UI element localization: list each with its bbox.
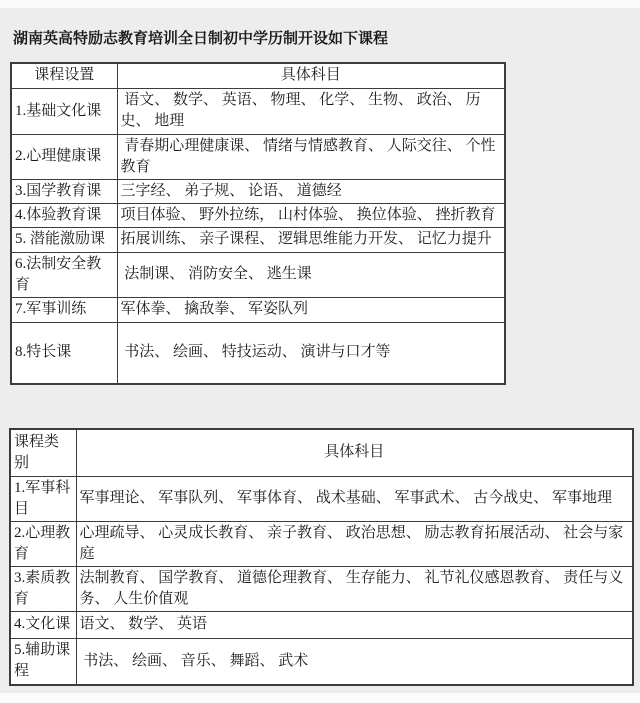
course-subjects-cell: 语文、 数学、 英语	[76, 611, 633, 638]
course-category-cell: 3.国学教育课	[11, 179, 117, 203]
course-category-table: 课程类别 具体科目 1.军事科目军事理论、 军事队列、 军事体育、 战术基础、 …	[9, 428, 634, 686]
course-category-cell: 4.体验教育课	[11, 203, 117, 227]
table-row: 4.体验教育课项目体验、 野外拉练， 山村体验、 换位体验、 挫折教育	[11, 203, 505, 227]
column-header-subjects: 具体科目	[117, 63, 505, 88]
course-category-table-body: 1.军事科目军事理论、 军事队列、 军事体育、 战术基础、 军事武术、 古今战史…	[10, 476, 633, 685]
course-category-cell: 1.军事科目	[10, 476, 76, 521]
course-category-cell: 2.心理教育	[10, 521, 76, 566]
table-row: 1.基础文化课 语文、 数学、 英语、 物理、 化学、 生物、 政治、 历史、 …	[11, 88, 505, 134]
top-margin-strip	[0, 0, 640, 8]
course-subjects-cell: 军体拳、 擒敌拳、 军姿队列	[117, 297, 505, 322]
course-subjects-cell: 心理疏导、 心灵成长教育、 亲子教育、 政治思想、 励志教育拓展活动、 社会与家…	[76, 521, 633, 566]
table-header-row: 课程设置 具体科目	[11, 63, 505, 88]
course-setup-table: 课程设置 具体科目 1.基础文化课 语文、 数学、 英语、 物理、 化学、 生物…	[10, 62, 506, 385]
course-category-cell: 3.素质教育	[10, 566, 76, 611]
course-subjects-cell: 青春期心理健康课、 情绪与情感教育、 人际交往、 个性教育	[117, 134, 505, 179]
course-category-cell: 1.基础文化课	[11, 88, 117, 134]
course-category-cell: 4.文化课	[10, 611, 76, 638]
table-row: 5. 潜能激励课拓展训练、 亲子课程、 逻辑思维能力开发、 记忆力提升	[11, 227, 505, 252]
column-header-subjects: 具体科目	[76, 429, 633, 476]
table-row: 1.军事科目军事理论、 军事队列、 军事体育、 战术基础、 军事武术、 古今战史…	[10, 476, 633, 521]
column-header-course-setup: 课程设置	[11, 63, 117, 88]
table-row: 3.素质教育法制教育、 国学教育、 道德伦理教育、 生存能力、 礼节礼仪感恩教育…	[10, 566, 633, 611]
course-category-cell: 6.法制安全教育	[11, 252, 117, 297]
table-row: 7.军事训练军体拳、 擒敌拳、 军姿队列	[11, 297, 505, 322]
course-category-cell: 8.特长课	[11, 322, 117, 384]
table-row: 4.文化课语文、 数学、 英语	[10, 611, 633, 638]
bottom-margin-strip	[0, 693, 640, 703]
table-row: 2.心理健康课 青春期心理健康课、 情绪与情感教育、 人际交往、 个性教育	[11, 134, 505, 179]
table-row: 2.心理教育心理疏导、 心灵成长教育、 亲子教育、 政治思想、 励志教育拓展活动…	[10, 521, 633, 566]
course-category-cell: 2.心理健康课	[11, 134, 117, 179]
table-row: 5.辅助课程 书法、 绘画、 音乐、 舞蹈、 武术	[10, 638, 633, 685]
table-row: 8.特长课 书法、 绘画、 特技运动、 演讲与口才等	[11, 322, 505, 384]
table-row: 3.国学教育课三字经、 弟子规、 论语、 道德经	[11, 179, 505, 203]
course-subjects-cell: 语文、 数学、 英语、 物理、 化学、 生物、 政治、 历史、 地理	[117, 88, 505, 134]
course-subjects-cell: 书法、 绘画、 音乐、 舞蹈、 武术	[76, 638, 633, 685]
course-subjects-cell: 拓展训练、 亲子课程、 逻辑思维能力开发、 记忆力提升	[117, 227, 505, 252]
course-subjects-cell: 法制教育、 国学教育、 道德伦理教育、 生存能力、 礼节礼仪感恩教育、 责任与义…	[76, 566, 633, 611]
course-subjects-cell: 三字经、 弟子规、 论语、 道德经	[117, 179, 505, 203]
course-subjects-cell: 项目体验、 野外拉练， 山村体验、 换位体验、 挫折教育	[117, 203, 505, 227]
course-category-cell: 5. 潜能激励课	[11, 227, 117, 252]
course-setup-table-body: 1.基础文化课 语文、 数学、 英语、 物理、 化学、 生物、 政治、 历史、 …	[11, 88, 505, 384]
document-title: 湖南英高特励志教育培训全日制初中学历制开设如下课程	[13, 27, 388, 48]
course-subjects-cell: 法制课、 消防安全、 逃生课	[117, 252, 505, 297]
course-subjects-cell: 书法、 绘画、 特技运动、 演讲与口才等	[117, 322, 505, 384]
column-header-course-category: 课程类别	[10, 429, 76, 476]
table-header-row: 课程类别 具体科目	[10, 429, 633, 476]
course-category-cell: 7.军事训练	[11, 297, 117, 322]
table-row: 6.法制安全教育 法制课、 消防安全、 逃生课	[11, 252, 505, 297]
course-subjects-cell: 军事理论、 军事队列、 军事体育、 战术基础、 军事武术、 古今战史、 军事地理	[76, 476, 633, 521]
course-category-cell: 5.辅助课程	[10, 638, 76, 685]
